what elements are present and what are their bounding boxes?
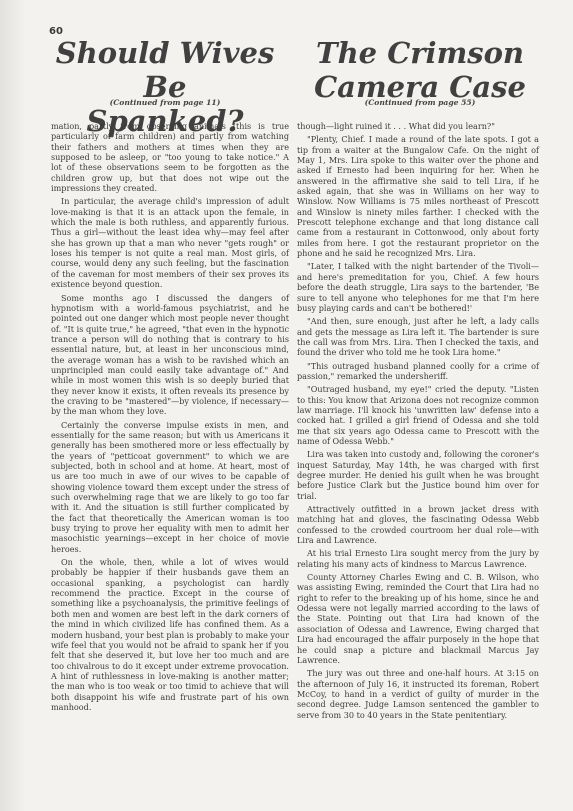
right-article-body: though—light ruined it . . . What did yo… [297, 121, 539, 723]
paragraph: On the whole, then, while a lot of wives… [51, 557, 289, 712]
paragraph: though—light ruined it . . . What did yo… [297, 121, 539, 131]
paragraph: County Attorney Charles Ewing and C. B. … [297, 572, 539, 665]
paragraph: At his trial Ernesto Lira sought mercy f… [297, 548, 539, 569]
left-article-body: mation, partly from observing animals (t… [51, 121, 289, 715]
page-edge-shadow [0, 0, 26, 811]
paragraph: "Later, I talked with the night bartende… [297, 261, 539, 313]
left-continued-note: (Continued from page 11) [40, 98, 290, 107]
right-title-line1: The Crimson [295, 36, 545, 70]
paragraph: The jury was out three and one-half hour… [297, 668, 539, 720]
paragraph: In particular, the average child's impre… [51, 196, 289, 289]
paragraph: Some months ago I discussed the dangers … [51, 293, 289, 417]
right-continued-note: (Continued from page 55) [295, 98, 545, 107]
paragraph: Lira was taken into custody and, followi… [297, 449, 539, 501]
paragraph: "And then, sure enough, just after he le… [297, 316, 539, 357]
paragraph: Certainly the converse impulse exists in… [51, 420, 289, 554]
paragraph: "Outraged husband, my eye!" cried the de… [297, 384, 539, 446]
paragraph: "This outraged husband planned coolly fo… [297, 361, 539, 382]
paragraph: "Plenty, Chief. I made a round of the la… [297, 134, 539, 258]
paragraph: Attractively outfitted in a brown jacket… [297, 504, 539, 545]
right-article-title: The Crimson Camera Case [295, 36, 545, 104]
paragraph: mation, partly from observing animals (t… [51, 121, 289, 193]
left-title-line1: Should Wives Be [40, 36, 290, 104]
